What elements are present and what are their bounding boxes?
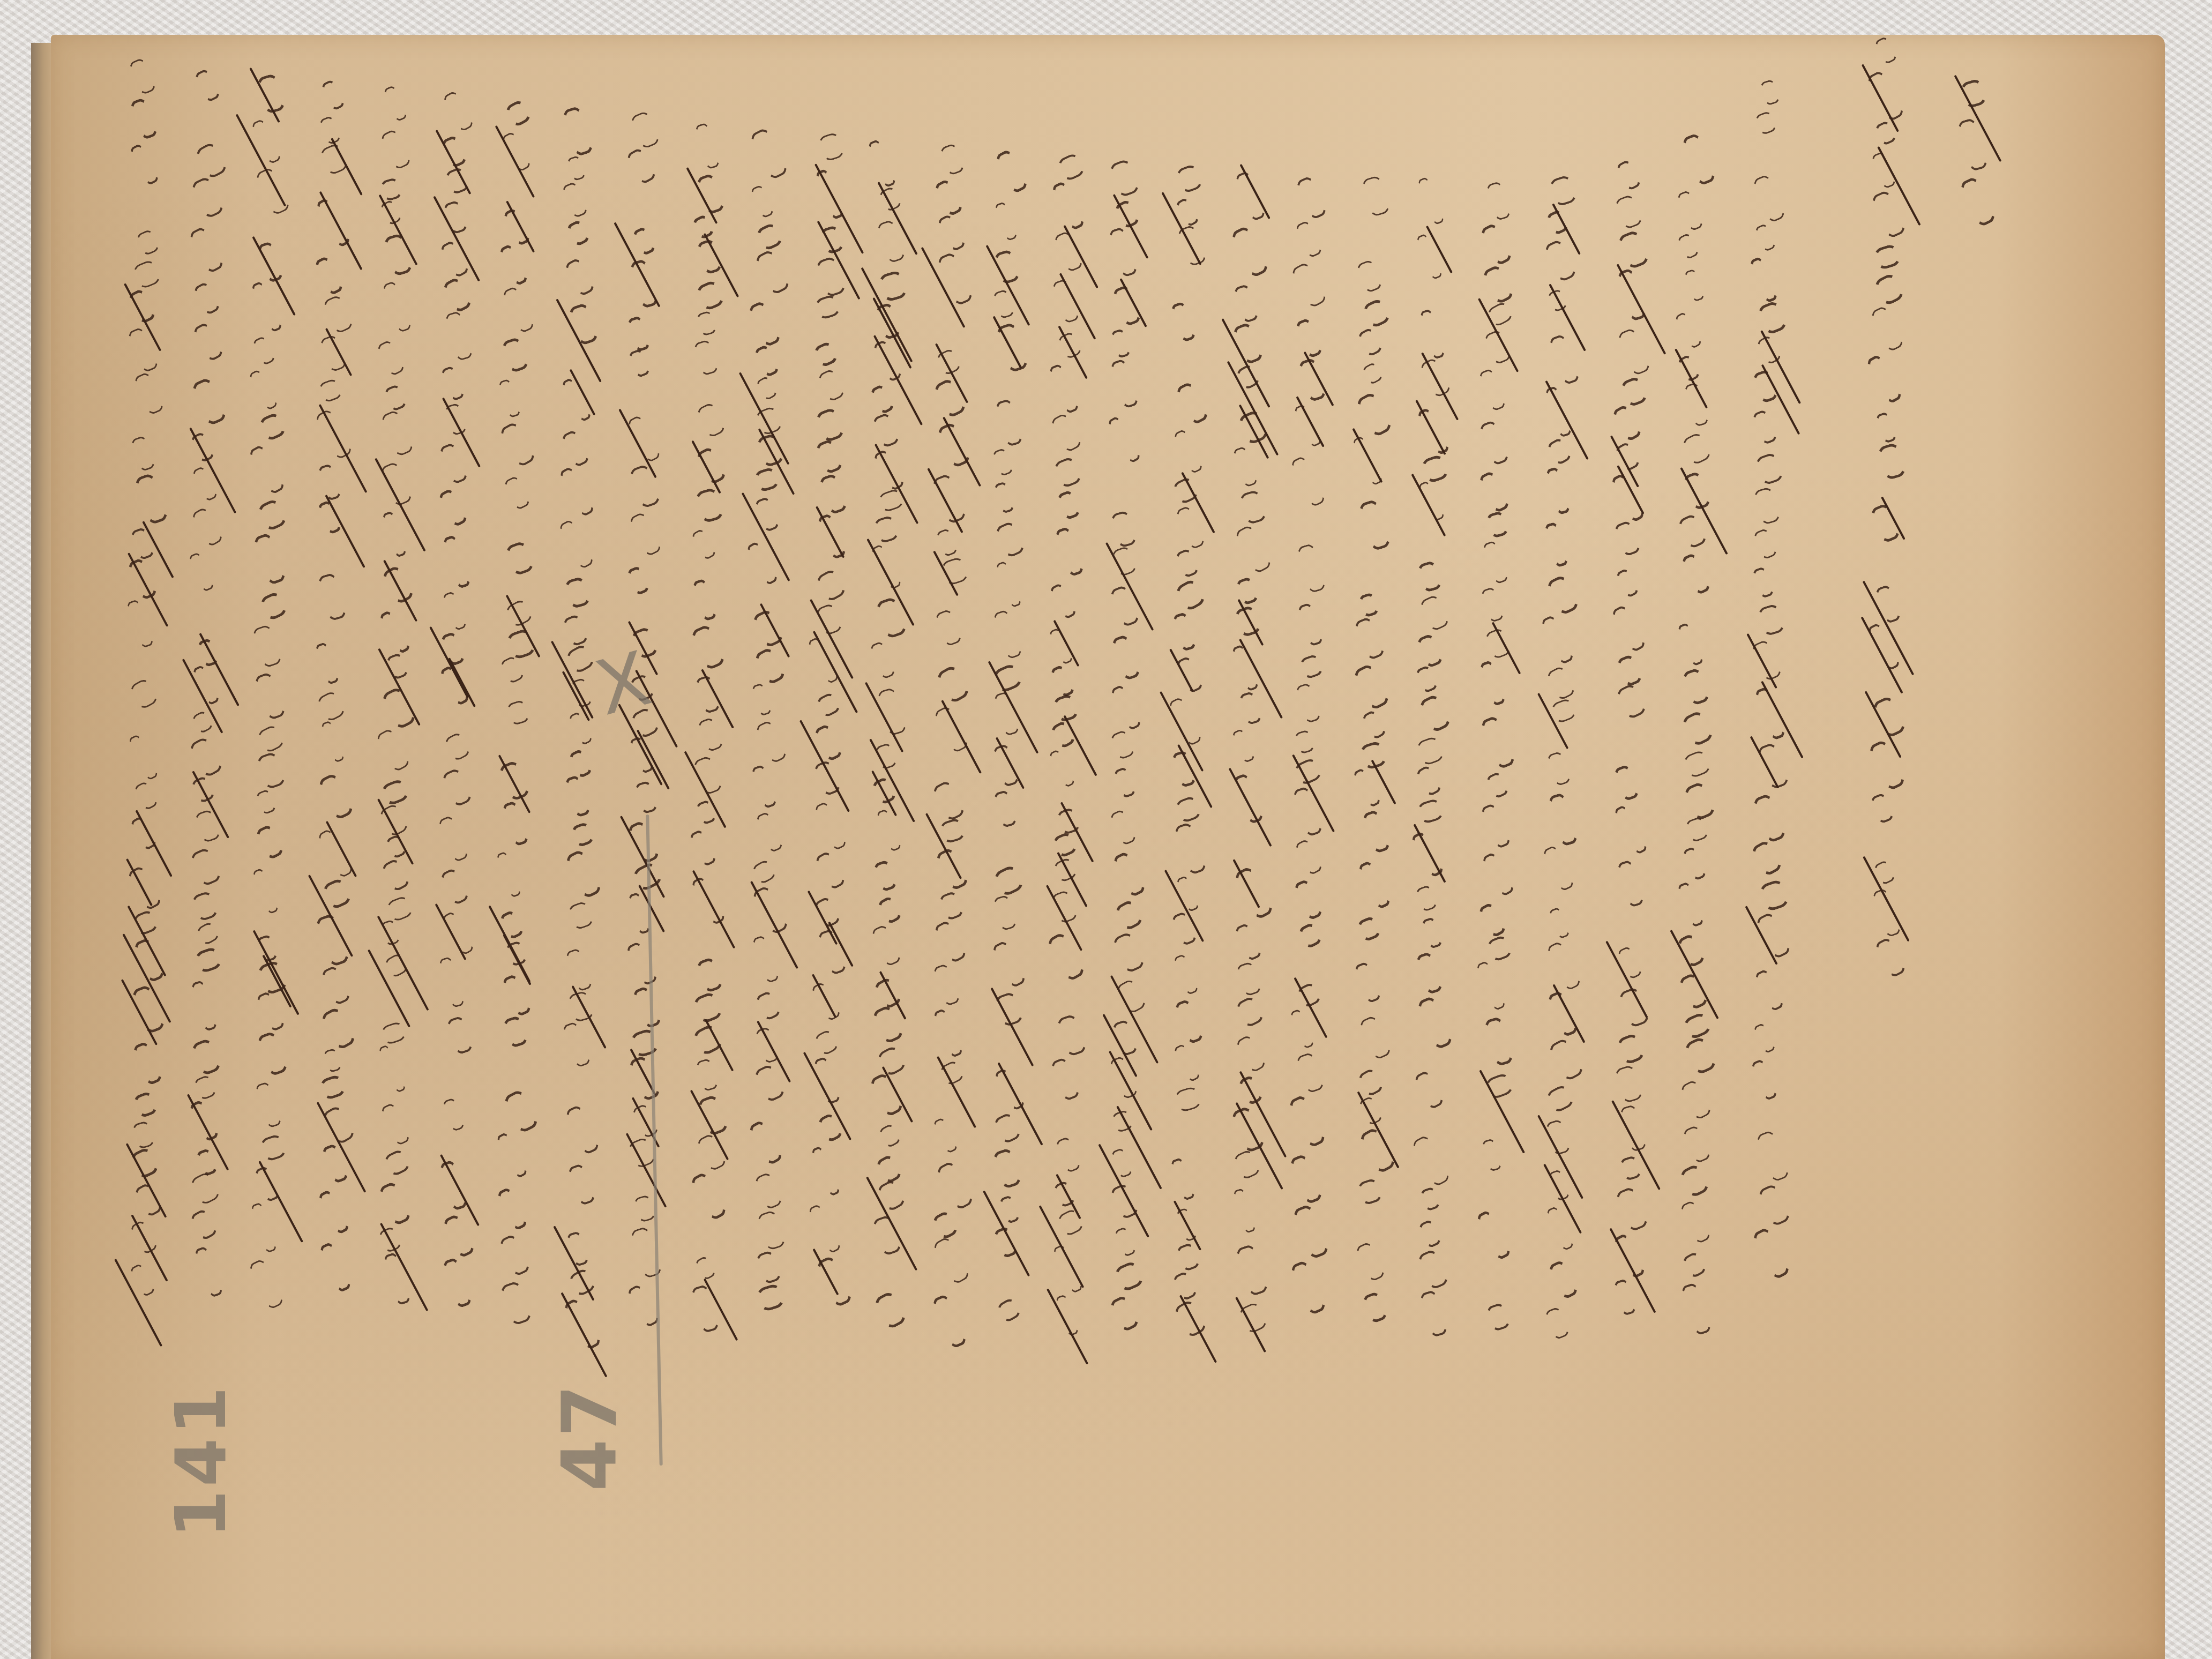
ink-letter [694,279,727,312]
ink-letter [816,131,846,162]
ink-letter [1174,547,1201,579]
handwritten-line [437,91,474,1291]
ink-letter [1228,223,1273,280]
ink-letter [1173,577,1208,613]
ink-letter [1679,431,1714,467]
ink-letter [1298,653,1325,681]
ink-letter [496,420,539,469]
ink-letter [256,723,287,755]
ink-letter [251,335,278,367]
ink-letter [1053,1135,1083,1175]
ink-letter [1751,1022,1778,1055]
ink-letter [694,956,726,995]
ink-letter [439,909,477,957]
ink-letter [319,1142,352,1185]
ink-letter [1232,169,1268,222]
ink-letter [1171,428,1206,475]
ink-letter [813,293,842,320]
ink-letter [811,800,850,852]
ink-letter [1359,808,1393,854]
ink-letter [875,1178,908,1214]
ink-letter [379,857,413,894]
ink-letter [382,1148,412,1178]
ink-letter [1352,1240,1388,1283]
ink-letter [1233,1033,1269,1074]
ink-letter [1231,283,1261,324]
ink-letter [1680,1250,1709,1280]
ink-letter [1232,1243,1272,1298]
ink-letter [626,258,662,310]
ink-letter [750,858,778,886]
ink-letter [1867,502,1903,544]
ink-letter [1418,1185,1442,1212]
ink-letter [990,743,1022,789]
ink-letter [1543,1205,1577,1252]
ink-letter [1416,797,1445,825]
ink-letter [814,691,842,719]
ink-letter [1675,622,1706,668]
ink-letter [1294,542,1330,595]
ink-letter [625,315,653,353]
ink-letter [130,1120,157,1150]
ink-letter [1351,615,1388,662]
ink-letter [1108,357,1142,409]
handwritten-line [496,102,533,1307]
ink-letter [753,990,783,1022]
ink-letter [1293,1051,1327,1094]
ink-letter [1873,584,1904,625]
ink-letter [192,67,223,103]
ink-letter [130,1040,166,1087]
ink-letter [813,406,847,444]
ink-letter [1232,922,1264,962]
ink-letter [494,850,524,899]
ink-letter [753,1250,783,1286]
handwritten-line [1953,80,1991,241]
ink-letter [246,368,280,412]
ink-letter [1408,1133,1453,1189]
ink-letter [1484,771,1511,799]
ink-letter [126,56,159,96]
ink-letter [1680,846,1709,883]
ink-letter [315,571,350,622]
ink-letter [258,1133,288,1163]
ink-letter [1174,223,1209,268]
ink-letter [991,863,1027,898]
ink-letter [1419,916,1445,950]
handwritten-line [188,70,225,1297]
ink-letter [1050,1243,1086,1295]
ink-letter [689,527,718,562]
ink-letter [1107,1294,1142,1334]
handwritten-line [989,150,1026,1329]
ink-letter [1676,232,1701,261]
ink-letter [816,1111,846,1144]
ink-letter [191,1245,227,1299]
ink-letter [190,465,220,503]
pencil-page-number: 141 [160,1383,242,1538]
ink-letter [1867,304,1908,354]
ink-letter [439,534,473,590]
ink-letter [1542,385,1575,439]
handwritten-line [689,123,726,1324]
ink-letter [258,590,289,622]
ink-letter [498,654,527,685]
ink-letter [374,338,408,378]
ink-letter [992,321,1032,374]
ink-letter [1355,859,1394,911]
ink-letter [1678,551,1713,596]
ink-letter [1293,729,1317,755]
ink-letter [192,1073,219,1101]
ink-letter [991,662,1025,694]
ink-letter [815,368,847,404]
ink-letter [1231,1148,1262,1181]
ink-letter [315,689,348,724]
ink-letter [1681,382,1712,428]
ink-letter [1109,544,1139,578]
ink-letter [1478,802,1514,850]
ink-letter [932,177,966,218]
ink-letter [249,117,285,166]
ink-letter [695,310,719,337]
ink-letter [193,946,224,975]
ink-letter [1288,260,1331,310]
ink-letter [875,1043,909,1078]
ink-letter [376,1043,408,1094]
ink-letter [496,1232,533,1277]
ink-letter [1863,353,1905,406]
ink-letter [322,1048,343,1074]
ink-letter [378,408,417,459]
ink-letter [1753,1129,1793,1184]
ink-letter [494,1185,531,1232]
ink-letter [440,1097,467,1133]
ink-letter [1111,766,1138,799]
ink-letter [691,339,721,377]
ink-letter [1352,960,1384,1004]
ink-letter [1411,1068,1447,1111]
handwritten-line [126,59,163,1313]
ink-letter [567,748,594,779]
ink-letter [124,598,157,649]
ink-letter [1750,408,1780,446]
ink-letter [191,280,222,317]
ink-letter [1105,414,1144,465]
handwritten-line [1048,155,1085,1324]
ink-letter [932,608,965,648]
ink-letter [444,1015,476,1056]
ink-letter [189,505,226,549]
ink-letter [190,320,226,363]
ink-letter [687,1170,730,1223]
ink-letter [1415,176,1447,227]
ink-letter [1292,837,1325,877]
ink-letter [1476,901,1509,939]
ink-letter [752,645,789,686]
ink-letter [559,428,593,469]
ink-letter [131,258,163,290]
handwritten-line [1610,161,1648,1329]
ink-letter [562,1103,603,1157]
ink-letter [1476,469,1513,515]
ink-letter [1296,921,1324,950]
ink-letter [1107,808,1139,847]
ink-letter [868,383,897,416]
ink-letter [748,183,776,220]
ink-letter [1482,328,1514,366]
ink-letter [250,531,289,587]
ink-letter [1235,408,1271,446]
ink-letter [1171,1042,1203,1083]
ink-letter [931,918,969,965]
ink-letter [931,1116,960,1155]
ink-letter [1615,653,1645,688]
ink-letter [1754,334,1784,367]
ink-letter [1870,887,1904,939]
ink-letter [436,955,467,1009]
ink-letter [931,1209,961,1241]
ink-letter [1355,326,1385,358]
handwritten-line [930,145,967,1324]
ink-letter [1234,961,1264,998]
ink-letter [1754,741,1792,791]
ink-letter [1357,592,1381,618]
ink-letter [748,764,779,810]
ink-letter [695,716,726,753]
ink-letter [694,401,728,440]
ink-letter [1358,174,1392,218]
ink-letter [752,719,790,765]
ink-letter [1749,792,1789,845]
ink-letter [1416,692,1454,734]
ink-letter [503,540,537,577]
ink-letter [813,255,849,298]
ink-letter [195,1147,220,1177]
ink-letter [195,921,221,947]
ink-letter [1677,1162,1713,1199]
ink-letter [556,465,598,519]
ink-letter [249,623,285,669]
handwritten-line [1541,177,1578,1345]
ink-letter [812,849,848,892]
ink-letter [1292,219,1325,259]
handwritten-line [1168,166,1206,1329]
ink-letter [1293,174,1331,221]
ink-letter [1484,180,1514,222]
ink-letter [248,1201,280,1254]
ink-letter [805,636,841,686]
ink-letter [1170,821,1210,877]
ink-letter [1680,1124,1714,1165]
ink-letter [750,682,774,717]
ink-letter [752,1171,785,1211]
ink-letter [1544,664,1578,702]
ink-letter [501,1014,530,1049]
ink-letter [1477,714,1520,771]
ink-letter [1747,255,1781,305]
ink-letter [1108,633,1144,682]
ink-letter [312,912,354,969]
ink-letter [626,462,664,510]
ink-letter [559,181,591,220]
ink-letter [1544,989,1581,1039]
ink-letter [312,641,342,686]
ink-letter [865,138,899,189]
ink-letter [1479,263,1516,307]
ink-letter [566,1267,598,1298]
ink-letter [1052,525,1087,578]
ink-letter [1545,436,1574,467]
ink-letter [750,934,783,984]
handwritten-line [1289,177,1326,1340]
ink-letter [1682,1011,1713,1041]
ink-letter [1479,850,1518,898]
ink-letter [316,1240,354,1295]
ink-letter [317,377,344,403]
ink-letter [1682,268,1707,303]
ink-letter [630,985,664,1030]
ink-letter [992,147,1031,195]
ink-letter [1675,512,1709,550]
ink-letter [254,750,289,790]
ink-letter [930,1007,966,1059]
ink-letter [1110,849,1149,899]
ink-letter [1287,454,1329,509]
ink-letter [1289,785,1326,838]
ink-letter [1352,390,1396,439]
ink-letter [1545,333,1583,387]
ink-letter [1473,959,1508,1012]
ink-letter [317,333,349,373]
ink-letter [377,608,414,655]
ink-letter [1869,792,1896,825]
ink-letter [1753,451,1786,487]
ink-letter [378,128,414,171]
ink-letter [1295,601,1327,647]
ink-letter [744,540,781,587]
ink-letter [1614,158,1643,192]
ink-letter [992,520,1027,559]
ink-letter [192,140,230,181]
ink-letter [189,1036,224,1077]
ink-letter [1413,951,1446,996]
ink-letter [188,979,220,1033]
ink-letter [1417,1288,1451,1338]
ink-letter [1048,1056,1083,1102]
ink-letter [1292,316,1325,359]
ink-letter [186,551,217,593]
ink-letter [626,1225,665,1280]
ink-letter [1043,930,1089,984]
ink-letter [1479,1138,1504,1172]
ink-letter [745,299,784,349]
ink-letter [813,437,846,475]
ink-letter [1408,829,1447,879]
ink-letter [436,487,471,529]
ink-letter [380,232,415,278]
ink-letter [813,567,849,604]
ink-letter [866,1071,907,1119]
ink-letter [436,442,470,486]
ink-letter [1875,441,1909,481]
ink-letter [1107,584,1143,629]
handwritten-line [1230,171,1267,1329]
ink-letter [627,109,663,151]
ink-letter [1873,410,1899,444]
ink-letter [131,371,167,417]
ink-letter [873,219,908,265]
ink-letter [929,779,968,824]
ink-letter [496,758,533,803]
ink-letter [625,565,651,596]
ink-letter [1477,659,1508,707]
ink-letter [1748,1058,1781,1102]
ink-letter [816,472,850,516]
ink-letter [1055,1207,1086,1237]
ink-letter [1758,78,1782,106]
ink-letter [382,383,408,412]
ink-letter [1677,1199,1714,1246]
ink-letter [1171,998,1206,1045]
handwritten-line [1750,80,1787,1324]
ink-letter [989,939,1029,990]
ink-letter [383,952,410,980]
ink-letter [1048,411,1086,454]
ink-letter [1609,603,1650,654]
ink-letter [752,343,782,379]
ink-letter [1174,795,1203,824]
ink-letter [992,481,1017,514]
ink-letter [1480,540,1511,586]
ink-letter [1545,791,1581,848]
ink-letter [254,788,278,816]
ink-letter [562,576,592,609]
ink-letter [319,963,354,1006]
ink-letter [1538,613,1577,666]
ink-letter [250,866,281,915]
ink-letter [813,1028,841,1057]
ink-letter [872,595,910,640]
ink-letter [1613,567,1641,599]
ink-letter [874,1153,905,1185]
ink-letter [1414,664,1440,694]
ink-letter [691,990,725,1025]
ink-letter [127,96,161,141]
ink-letter [937,890,966,922]
ink-letter [1350,662,1393,713]
ink-letter [439,1212,478,1260]
ink-letter [1108,683,1145,733]
ink-letter [566,990,596,1023]
ink-letter [440,89,477,134]
ink-letter [812,722,846,763]
ink-letter [1414,632,1445,669]
ink-letter [1611,1278,1638,1317]
ink-letter [1484,1302,1512,1332]
ink-letter [1291,877,1326,921]
ink-letter [440,590,469,632]
ink-letter [694,1132,729,1173]
ink-letter [871,858,899,893]
ink-letter [1612,1185,1652,1234]
ink-letter [555,517,597,571]
ink-letter [1168,1156,1197,1202]
ink-letter [694,1057,721,1093]
handwritten-line [1412,177,1449,1340]
ink-letter [1109,930,1148,975]
ink-letter [1476,367,1509,413]
